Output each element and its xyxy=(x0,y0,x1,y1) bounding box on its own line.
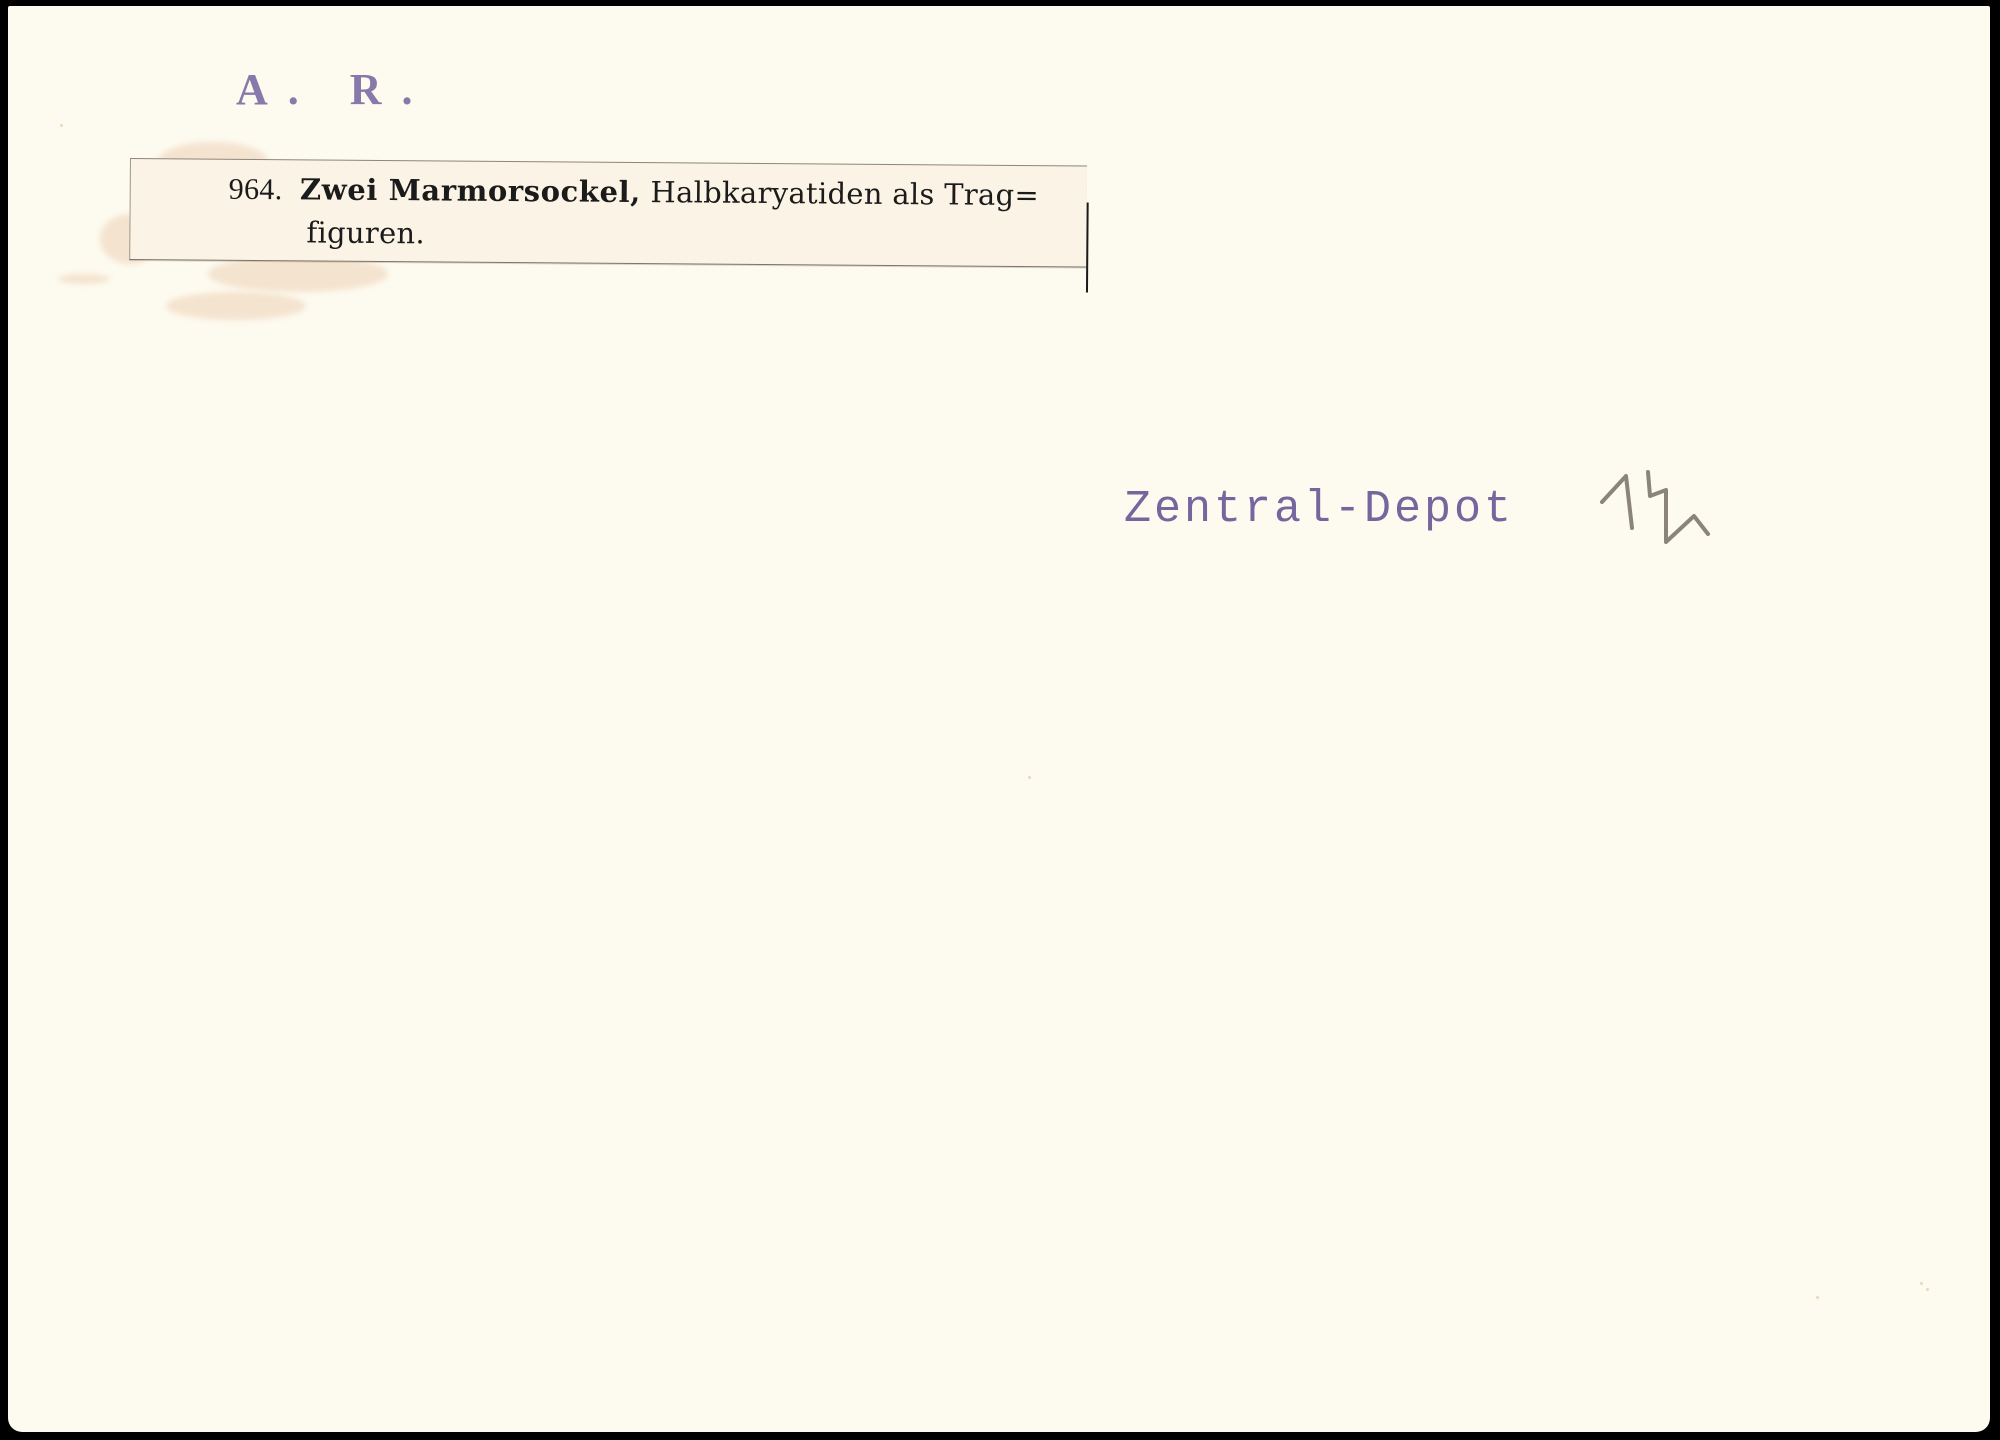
entry-description: Halbkaryatiden als Trag= xyxy=(650,175,1039,212)
clipping-line-2: figuren. xyxy=(306,215,425,250)
scanned-document: A. R. 964. Zwei Marmorsockel, Halbkaryat… xyxy=(0,0,2000,1440)
clipping-edge-rule xyxy=(1086,203,1089,293)
paper-speck xyxy=(1920,1282,1923,1285)
glue-stain xyxy=(58,274,110,284)
paper-speck xyxy=(1816,1296,1819,1299)
paper-speck xyxy=(1028,776,1031,779)
initials-stamp: A. R. xyxy=(236,64,433,115)
entry-title: Zwei Marmorsockel, xyxy=(300,172,641,209)
pencil-note-icon xyxy=(1596,468,1714,548)
glue-stain xyxy=(166,292,306,320)
catalog-card: A. R. 964. Zwei Marmorsockel, Halbkaryat… xyxy=(8,6,1990,1432)
paper-speck xyxy=(60,124,63,127)
depot-stamp: Zentral-Depot xyxy=(1124,484,1514,535)
paper-speck xyxy=(1926,1288,1929,1291)
entry-number: 964. xyxy=(229,173,283,206)
catalog-clipping: 964. Zwei Marmorsockel, Halbkaryatiden a… xyxy=(129,158,1087,268)
clipping-line-1: 964. Zwei Marmorsockel, Halbkaryatiden a… xyxy=(229,172,1040,213)
